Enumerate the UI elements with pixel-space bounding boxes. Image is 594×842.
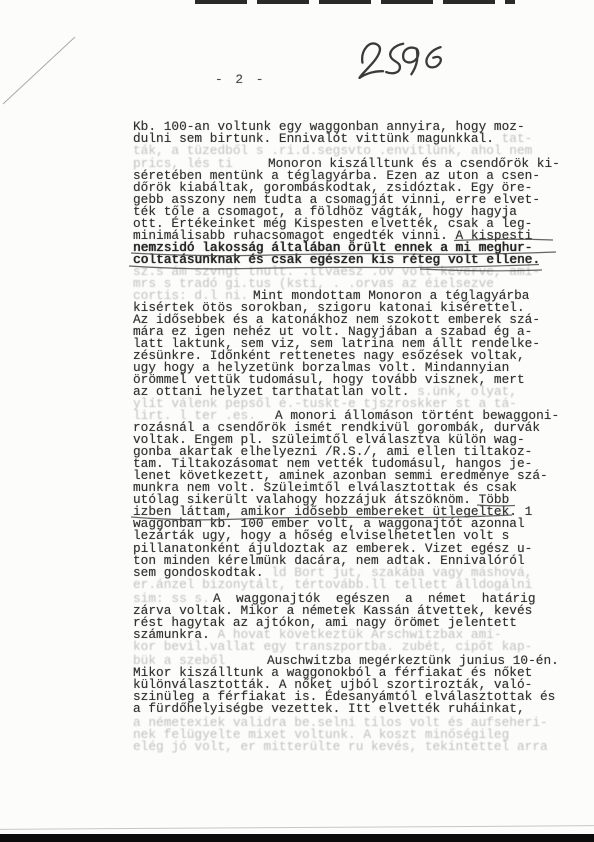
handwritten-number — [357, 39, 442, 78]
ghost-line: kor bevil.vallat egy transzportba. zubét… — [133, 641, 567, 653]
paragraph-p2: prics, lés tiMonoron kiszálltunk és a cs… — [133, 158, 567, 291]
ghost-line: elég jó volt, er mitterülte ru kevés, te… — [133, 741, 567, 753]
handwritten-digit-6 — [425, 47, 441, 68]
typed-text: a fürdőhelyiségbe vezettek. Itt elvették… — [133, 701, 525, 716]
typed-text: kor bevil.vallat egy transzportba. zubét… — [133, 639, 532, 654]
paper-bottom-edge — [0, 825, 594, 830]
paragraph-p3: cortis: d.l ni.Mint mondottam Monoron a … — [133, 290, 567, 410]
paragraph-p7: a németexiek validra be.selni tilos volt… — [133, 717, 567, 753]
handwritten-digit-9 — [403, 47, 420, 75]
handwritten-digit-2 — [357, 43, 383, 78]
typed-text: er.ánzel bizonytált, tértovább.ll tellet… — [133, 577, 532, 592]
paragraph-p4: lirt. l ter .es.A monori állomáson törté… — [133, 410, 567, 591]
page-number: - 2 - — [215, 72, 266, 87]
ghost-line: er.ánzel bizonytált, tértovább.ll tellet… — [133, 579, 567, 591]
paragraph-p6: bük a szebőlAuschwitzba megérkeztünk jun… — [133, 655, 567, 715]
typed-text: elég jó volt, er mitterülte ru kevés, te… — [133, 739, 548, 754]
paragraph-p5: sim: ss s.A waggonajtók egészen a német … — [133, 593, 567, 653]
handwritten-digit-5 — [384, 44, 405, 74]
document-scan: - 2 - Kb. 100-an voltunk egy waggonban a… — [0, 0, 594, 842]
scan-bottom-band — [0, 834, 594, 842]
paragraph-p1: Kb. 100-an voltunk egy waggonban annyira… — [133, 121, 567, 157]
scan-top-edge-artifact — [195, 0, 515, 4]
corner-crease-line — [3, 37, 75, 104]
typed-line: a fürdőhelyiségbe vezettek. Itt elvették… — [133, 703, 567, 715]
